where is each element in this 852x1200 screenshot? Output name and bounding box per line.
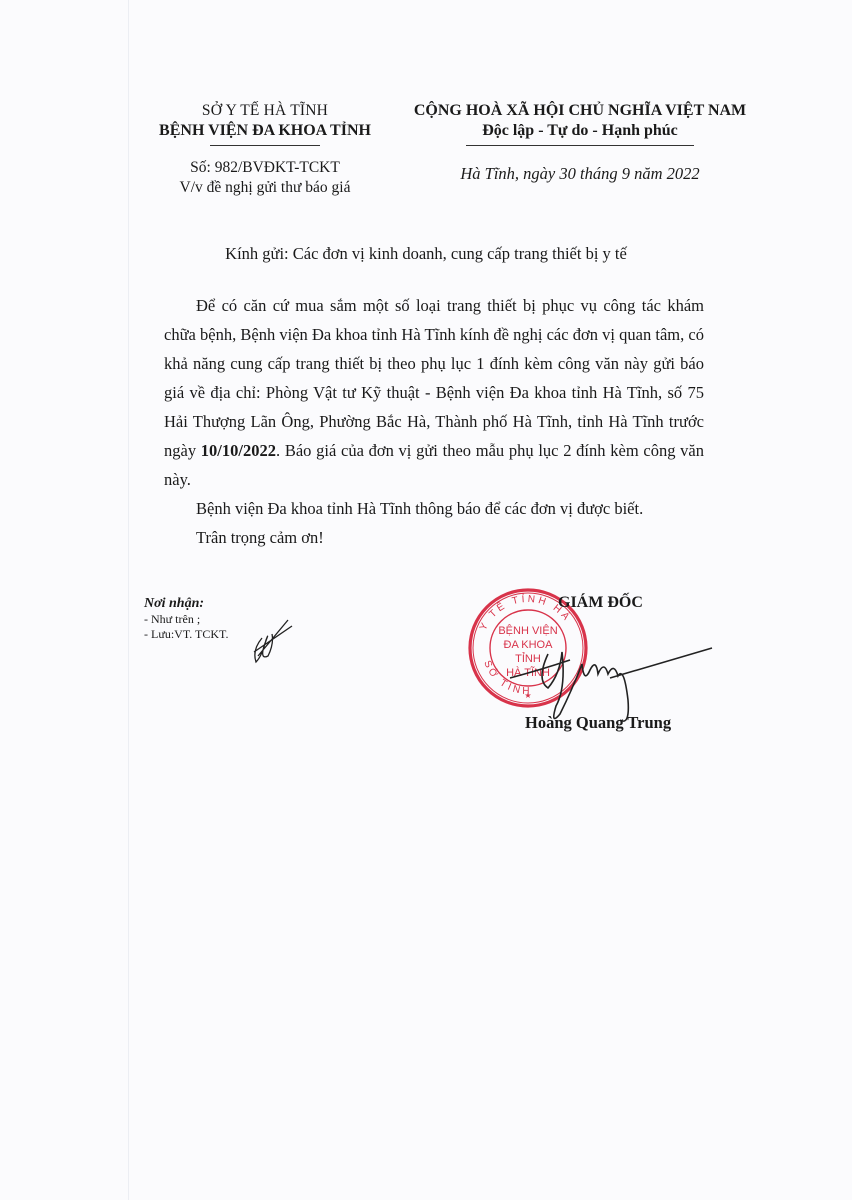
header-right-divider: [466, 145, 694, 146]
recipient-item: - Lưu:VT. TCKT.: [144, 627, 229, 642]
signer-title: GIÁM ĐỐC: [558, 594, 643, 612]
document-number: Số: 982/BVĐKT-TCKT: [120, 158, 410, 178]
national-motto: Độc lập - Tự do - Hạnh phúc: [378, 121, 782, 141]
document-subject: V/v đề nghị gửi thư báo giá: [120, 178, 410, 198]
header-right-block: CỘNG HOÀ XÃ HỘI CHỦ NGHĨA VIỆT NAM Độc l…: [378, 101, 782, 185]
letter-body: Để có căn cứ mua sắm một số loại trang t…: [164, 291, 704, 552]
recipients-title: Nơi nhận:: [144, 595, 229, 612]
dateline: Hà Tĩnh, ngày 30 tháng 9 năm 2022: [378, 163, 782, 185]
organization-name: BỆNH VIỆN ĐA KHOA TỈNH: [120, 121, 410, 141]
signer-name: Hoàng Quang Trung: [525, 713, 671, 733]
body-paragraph-2: Bệnh viện Đa khoa tỉnh Hà Tĩnh thông báo…: [164, 494, 704, 523]
greeting: Kính gửi: Các đơn vị kinh doanh, cung cấ…: [0, 244, 852, 264]
recipients-block: Nơi nhận: - Như trên ; - Lưu:VT. TCKT.: [144, 595, 229, 642]
initial-signature-icon: [248, 616, 296, 668]
header-left-block: SỞ Y TẾ HÀ TĨNH BỆNH VIỆN ĐA KHOA TỈNH S…: [120, 101, 410, 198]
body-paragraph-1: Để có căn cứ mua sắm một số loại trang t…: [164, 291, 704, 494]
deadline-date: 10/10/2022: [201, 441, 276, 460]
national-title: CỘNG HOÀ XÃ HỘI CHỦ NGHĨA VIỆT NAM: [378, 101, 782, 121]
header-left-divider: [210, 145, 320, 146]
body-paragraph-3: Trân trọng cảm ơn!: [164, 523, 704, 552]
recipient-item: - Như trên ;: [144, 612, 229, 627]
ministry-name: SỞ Y TẾ HÀ TĨNH: [120, 101, 410, 121]
